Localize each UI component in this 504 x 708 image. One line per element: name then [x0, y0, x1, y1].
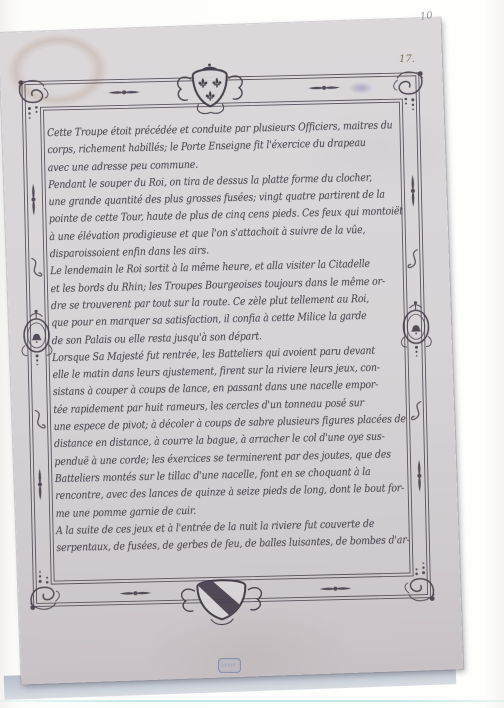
violet-ink-smudge	[344, 80, 378, 96]
pencil-page-number: 10	[419, 10, 433, 23]
library-stamp	[218, 658, 241, 673]
photograph-background: Cette Troupe étoit précédée et conduite …	[0, 0, 504, 708]
top-cartouche	[177, 63, 243, 114]
ink-folio-number: 17.	[399, 54, 415, 65]
royal-shield	[193, 69, 228, 107]
engraved-page: Cette Troupe étoit précédée et conduite …	[0, 17, 463, 684]
page-content: Cette Troupe étoit précédée et conduite …	[3, 20, 460, 682]
photo-bottom-edge-line	[0, 700, 504, 702]
stamp-marks	[222, 663, 235, 667]
manuscript-text: Cette Troupe étoit précédée et conduite …	[47, 118, 370, 557]
left-medallion	[21, 309, 52, 365]
